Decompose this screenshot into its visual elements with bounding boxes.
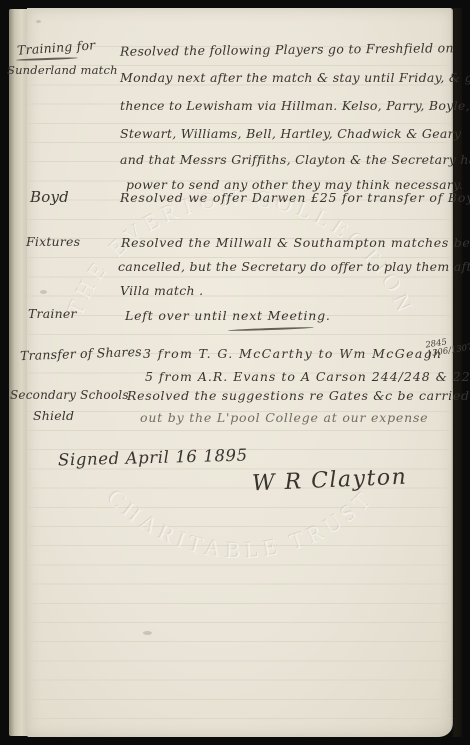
minute-line: out by the L'pool College at our expense: [140, 410, 428, 425]
minute-line: 3 from T. G. McCarthy to Wm McGeagh: [143, 346, 443, 361]
previous-page-edge: [9, 9, 28, 736]
minute-line: Monday next after the match & stay until…: [120, 70, 470, 85]
minute-line: Resolved we offer Darwen £25 for transfe…: [120, 190, 470, 205]
paper-smudge: [36, 20, 41, 23]
margin-label-boyd: Boyd: [30, 188, 69, 206]
margin-label-trainer: Trainer: [28, 306, 77, 321]
minute-line: and that Messrs Griffiths, Clayton & the…: [120, 152, 470, 167]
minute-line: Left over until next Meeting.: [125, 308, 331, 323]
minute-line: cancelled, but the Secretary do offer to…: [118, 259, 470, 274]
minute-line: thence to Lewisham via Hillman. Kelso, P…: [120, 98, 470, 113]
minute-line: Villa match .: [120, 283, 203, 298]
margin-label-secondary-schools: Secondary Schools: [10, 388, 129, 402]
minute-line: 5 from A.R. Evans to A Carson 244/248 & …: [145, 369, 470, 384]
margin-label-fixtures: Fixtures: [26, 234, 80, 249]
margin-label-shield: Shield: [33, 408, 74, 423]
minute-line: Resolved the Millwall & Southampton matc…: [121, 235, 470, 250]
scanned-minute-book-page: THE EVERTON COLLECTION THE EVERTON COLLE…: [0, 0, 470, 745]
paper-smudge: [143, 631, 152, 635]
minute-line: Stewart, Williams, Bell, Hartley, Chadwi…: [120, 126, 461, 141]
paper-smudge: [40, 290, 47, 294]
minute-line: Resolved the suggestions re Gates &c be …: [127, 388, 470, 403]
margin-label-training-2: Sunderland match: [7, 63, 118, 77]
